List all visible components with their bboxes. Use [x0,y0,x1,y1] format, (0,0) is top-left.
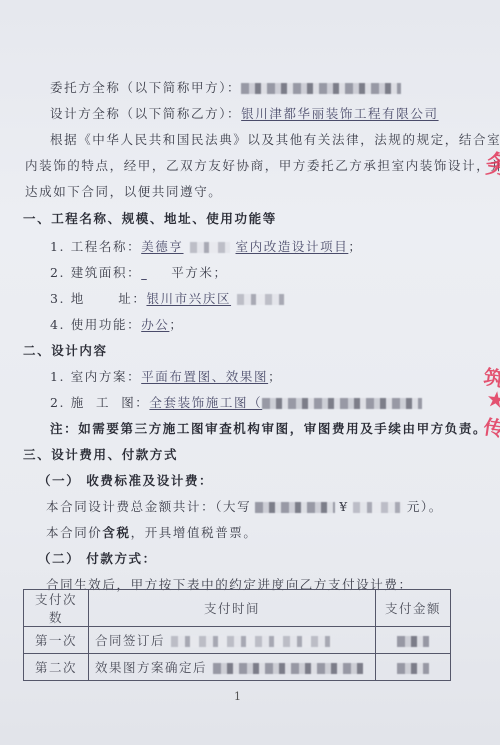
project-name-suffix: 室内改造设计项目 [236,239,349,254]
total-fee-uppercase-redacted [255,502,335,513]
row-times: 第一次 [24,627,89,654]
table-row: 第二次 效果图方案确定后 [24,654,451,681]
designer-label: 设计方全称（以下简称乙方）： [50,106,241,121]
section2-heading: 二、设计内容 [23,343,108,359]
interior-scheme-line: 1. 室内方案：平面布置图、效果图； [50,369,282,385]
address-value: 银川市兴庆区 [146,291,231,306]
designer-line: 设计方全称（以下简称乙方）：银川津都华丽装饰工程有限公司 [50,106,439,122]
construction-drawing-label: 2. 施 工 图： [50,395,149,410]
fee-standard-heading: （一） 收费标准及设计费： [38,473,213,489]
row-time-redacted [171,636,331,647]
project-name-end: ； [348,239,362,254]
total-fee-label: 本合同设计费总金额共计：（大写 [46,499,251,514]
tax-line: 本合同价含税，开具增值税普票。 [46,525,258,541]
intro-line-3: 达成如下合同，以便共同遵守。 [25,184,222,200]
client-label: 委托方全称（以下简称甲方）： [50,80,241,95]
designer-name: 银川津都华丽装饰工程有限公司 [241,106,438,121]
tax-suffix: ，开具增值税普票。 [131,525,258,540]
payment-table: 支付次数 支付时间 支付金额 第一次 合同签订后 第二次 效果图方案确定后 [23,589,451,681]
red-stamp-fragment-1: 务 [484,143,500,183]
address-redacted [237,294,285,305]
interior-scheme-value: 平面布置图、效果图 [141,369,268,384]
row-amount-redacted [397,663,429,674]
row-amount [376,654,451,681]
row-amount [376,627,451,654]
construction-drawing-redacted [262,398,422,409]
area-label: 2. 建筑面积： [50,265,141,280]
total-fee-number-redacted [353,502,403,513]
function-line: 4. 使用功能：办公； [50,317,184,333]
table-row: 第一次 合同签订后 [24,627,451,654]
interior-scheme-end: ； [268,369,282,384]
section1-heading: 一、工程名称、规模、地址、使用功能等 [23,211,277,227]
project-name-label: 1. 工程名称： [50,239,141,254]
red-stamp-fragment-3: 传 [482,411,500,443]
yen-sign: ¥ [339,499,349,514]
tax-prefix: 本合同价 [46,525,102,540]
payment-method-heading: （二） 付款方式： [38,551,157,567]
row-time-redacted [213,663,363,674]
row-amount-redacted [397,636,429,647]
row-time: 效果图方案确定后 [89,654,376,681]
project-name-redacted [190,242,230,253]
tax-included: 含税 [102,525,130,540]
construction-drawing-value: 全套装饰施工图（ [149,395,262,410]
function-label: 4. 使用功能： [50,317,141,332]
project-name-line: 1. 工程名称：美德亨室内改造设计项目； [50,239,362,255]
address-label: 3. 地 址： [50,291,146,306]
area-value-redacted [141,265,171,281]
contract-page: 委托方全称（以下简称甲方）： 设计方全称（以下简称乙方）：银川津都华丽装饰工程有… [0,0,500,745]
row-times: 第二次 [24,654,89,681]
row-time-text: 合同签订后 [95,633,165,648]
project-name-prefix: 美德亨 [141,239,183,254]
header-times: 支付次数 [24,590,89,627]
total-fee-suffix: 元）。 [407,499,443,514]
header-time: 支付时间 [89,590,376,627]
client-name-redacted [241,83,401,94]
intro-line-2: 内装饰的特点，经甲，乙双方友好协商，甲方委托乙方承担室内装饰设计，并 [25,158,500,174]
page-number: 1 [234,690,241,703]
interior-scheme-label: 1. 室内方案： [50,369,141,384]
intro-line-1: 根据《中华人民共和国民法典》以及其他有关法律，法规的规定，结合室 [50,132,500,148]
client-line: 委托方全称（以下简称甲方）： [50,80,401,96]
table-header-row: 支付次数 支付时间 支付金额 [24,590,451,627]
row-time: 合同签订后 [89,627,376,654]
area-line: 2. 建筑面积： 平方米； [50,265,228,281]
area-unit: 平方米； [171,265,227,280]
section3-heading: 三、设计费用、付款方式 [23,447,178,463]
header-amount: 支付金额 [376,590,451,627]
row-time-text: 效果图方案确定后 [95,660,207,675]
function-value: 办公 [141,317,169,332]
function-end: ； [169,317,183,332]
construction-drawing-line: 2. 施 工 图：全套装饰施工图（ [50,395,422,411]
total-fee-line: 本合同设计费总金额共计：（大写¥元）。 [46,499,443,515]
review-note: 注：如需要第三方施工图审查机构审图，审图费用及手续由甲方负责。 [50,421,487,437]
address-line: 3. 地 址：银川市兴庆区 [50,291,285,307]
